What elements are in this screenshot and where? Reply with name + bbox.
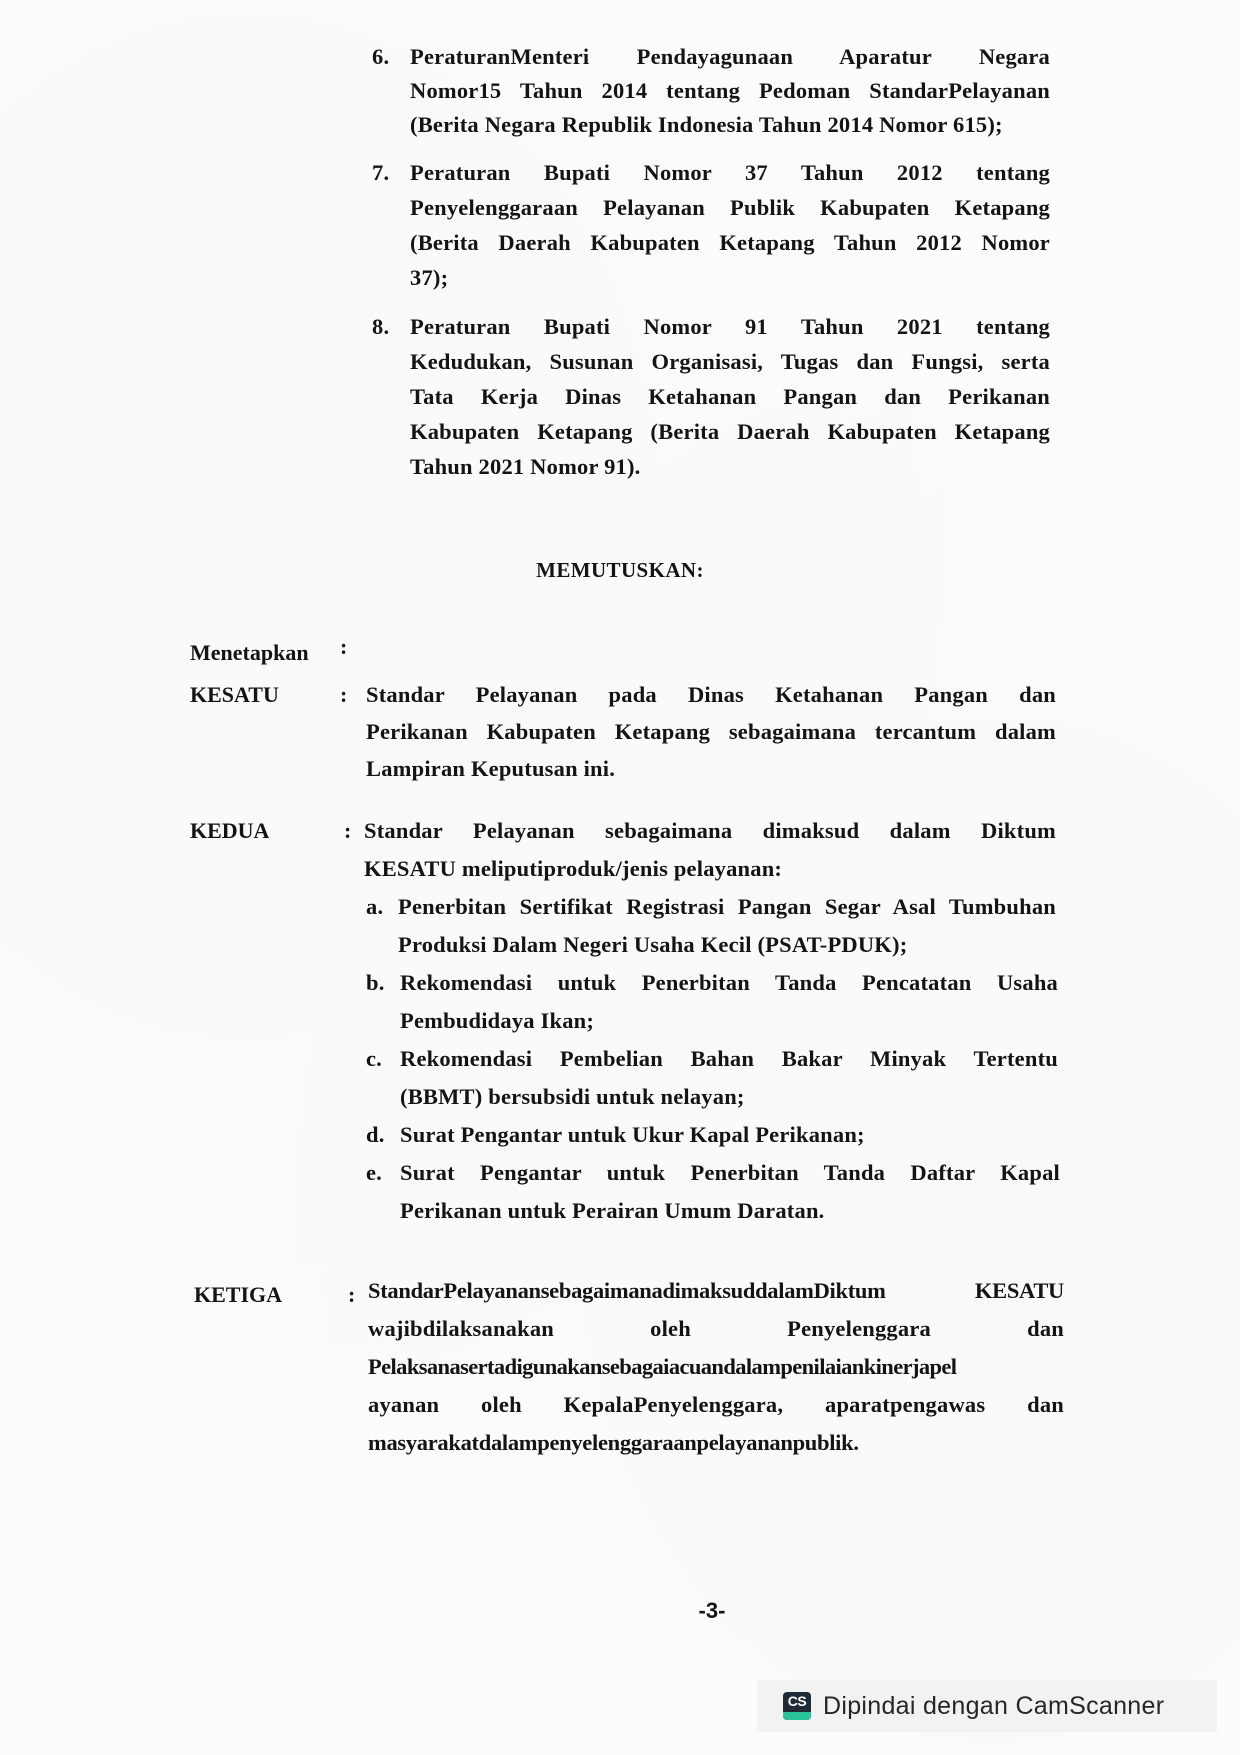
item-line: Tata Kerja Dinas Ketahanan Pangan dan Pe… bbox=[410, 384, 1050, 414]
item-mark: b. bbox=[366, 970, 396, 996]
item-mark: e. bbox=[366, 1160, 396, 1186]
ketiga-label: KETIGA bbox=[194, 1282, 282, 1308]
item-mark: d. bbox=[366, 1122, 396, 1148]
camscanner-logo-icon: CS bbox=[783, 1692, 811, 1720]
kedua-line: Standar Pelayanan sebagaimana dimaksud d… bbox=[364, 818, 1056, 848]
item-number: 8. bbox=[372, 314, 408, 340]
menetapkan-label: Menetapkan bbox=[190, 640, 309, 666]
logo-text: CS bbox=[788, 1692, 806, 1711]
item-mark: a. bbox=[366, 894, 396, 920]
kesatu-line: Perikanan Kabupaten Ketapang sebagaimana… bbox=[366, 719, 1056, 749]
ketiga-line: masyarakatdalampenyelenggaraanpelayananp… bbox=[368, 1430, 1064, 1460]
item-line: Kabupaten Ketapang (Berita Daerah Kabupa… bbox=[410, 419, 1050, 449]
decision-heading: MEMUTUSKAN: bbox=[0, 558, 1240, 583]
item-number: 6. bbox=[372, 44, 408, 70]
ketiga-line: Pelaksanasertadigunakansebagaiacuandalam… bbox=[368, 1354, 1064, 1384]
item-line: 37); bbox=[410, 265, 1050, 295]
item-line: Penyelenggaraan Pelayanan Publik Kabupat… bbox=[410, 195, 1050, 225]
kedua-line: KESATU meliputiproduk/jenis pelayanan: bbox=[364, 856, 1056, 886]
kedua-colon: : bbox=[344, 818, 351, 844]
item-line: Rekomendasi untuk Penerbitan Tanda Penca… bbox=[400, 970, 1058, 1000]
page-number: -3- bbox=[0, 1598, 1240, 1624]
item-line: Produksi Dalam Negeri Usaha Kecil (PSAT-… bbox=[398, 932, 1056, 962]
item-line: Kedudukan, Susunan Organisasi, Tugas dan… bbox=[410, 349, 1050, 379]
item-line: Peraturan Bupati Nomor 37 Tahun 2012 ten… bbox=[410, 160, 1050, 190]
ketiga-colon: : bbox=[348, 1282, 355, 1308]
item-number: 7. bbox=[372, 160, 408, 186]
ketiga-line: ayanan oleh KepalaPenyelenggara, aparatp… bbox=[368, 1392, 1064, 1422]
ketiga-line: wajibdilaksanakan oleh Penyelenggara dan bbox=[368, 1316, 1064, 1346]
logo-accent-bar bbox=[783, 1712, 811, 1720]
item-line: Peraturan Bupati Nomor 91 Tahun 2021 ten… bbox=[410, 314, 1050, 344]
kesatu-colon: : bbox=[340, 682, 347, 708]
item-line: Penerbitan Sertifikat Registrasi Pangan … bbox=[398, 894, 1056, 924]
kesatu-line: Standar Pelayanan pada Dinas Ketahanan P… bbox=[366, 682, 1056, 712]
camscanner-watermark: CS Dipindai dengan CamScanner bbox=[757, 1680, 1217, 1732]
item-line: Rekomendasi Pembelian Bahan Bakar Minyak… bbox=[400, 1046, 1058, 1076]
kesatu-label: KESATU bbox=[190, 682, 279, 708]
item-line: Nomor15 Tahun 2014 tentang Pedoman Stand… bbox=[410, 78, 1050, 108]
watermark-text: Dipindai dengan CamScanner bbox=[823, 1692, 1164, 1721]
item-line: PeraturanMenteri Pendayagunaan Aparatur … bbox=[410, 44, 1050, 74]
item-line: Surat Pengantar untuk Ukur Kapal Perikan… bbox=[400, 1122, 1058, 1152]
menetapkan-colon: : bbox=[340, 634, 347, 660]
item-line: Surat Pengantar untuk Penerbitan Tanda D… bbox=[400, 1160, 1060, 1190]
document-page: 6. PeraturanMenteri Pendayagunaan Aparat… bbox=[0, 0, 1240, 1755]
item-line: (BBMT) bersubsidi untuk nelayan; bbox=[400, 1084, 1058, 1114]
item-mark: c. bbox=[366, 1046, 396, 1072]
kesatu-line: Lampiran Keputusan ini. bbox=[366, 756, 1056, 786]
ketiga-line: StandarPelayanansebagaimanadimaksuddalam… bbox=[368, 1278, 1064, 1308]
item-line: (Berita Daerah Kabupaten Ketapang Tahun … bbox=[410, 230, 1050, 260]
item-line: Pembudidaya Ikan; bbox=[400, 1008, 1058, 1038]
item-line: Tahun 2021 Nomor 91). bbox=[410, 454, 1050, 484]
kedua-label: KEDUA bbox=[190, 818, 269, 844]
item-line: Perikanan untuk Perairan Umum Daratan. bbox=[400, 1198, 1060, 1228]
item-line: (Berita Negara Republik Indonesia Tahun … bbox=[410, 112, 1050, 142]
